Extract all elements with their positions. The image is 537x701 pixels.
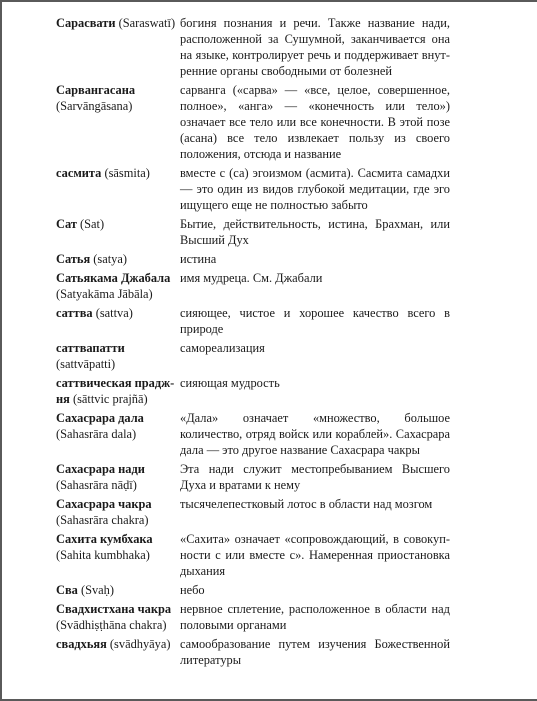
glossary-term: саттва (sattva): [56, 305, 180, 337]
term-transliteration: (svādhyāya): [110, 637, 171, 651]
glossary-term: саттвическая прадж­ня (sāttvic prajñā): [56, 375, 180, 407]
term-russian: саттвапатти: [56, 341, 125, 355]
term-transliteration: (Sahasrāra nāḍī): [56, 478, 137, 492]
glossary-entry: Сат (Sat) Бытие, действительность, истин…: [56, 216, 452, 248]
glossary-definition: самореализация: [180, 340, 450, 372]
glossary-term: сасмита (sāsmita): [56, 165, 180, 213]
glossary-definition: тысячелепестковый лотос в области над мо…: [180, 496, 450, 528]
glossary-entry: Сахасрара чакра (Sahasrāra chakra) тысяч…: [56, 496, 452, 528]
term-russian: Сахасрара чакра: [56, 497, 152, 511]
glossary-definition: Бытие, действительность, истина, Брахман…: [180, 216, 450, 248]
term-russian: Сатья: [56, 252, 90, 266]
term-transliteration: (Sat): [80, 217, 104, 231]
term-russian: Сарасвати: [56, 16, 116, 30]
term-russian: Свадхистхана чакра: [56, 602, 171, 616]
glossary-entry: Сахита кумбхака (Sahita kumbhaka) «Сахит…: [56, 531, 452, 579]
term-transliteration: (sattva): [96, 306, 133, 320]
glossary-definition: богиня познания и речи. Также название н…: [180, 15, 450, 79]
term-transliteration: (sattvāpatti): [56, 357, 115, 371]
glossary-entry: сасмита (sāsmita) вместе с (са) эгоизмом…: [56, 165, 452, 213]
glossary-term: Сарасвати (Saraswatī): [56, 15, 180, 79]
glossary-definition: Эта нади служит местопребыванием Высшего…: [180, 461, 450, 493]
glossary-term: Сахасрара дала (Sahasrāra dala): [56, 410, 180, 458]
glossary-definition: самообразование путем изучения Божествен…: [180, 636, 450, 668]
glossary-term: свадхьяя (svādhyāya): [56, 636, 180, 668]
glossary-definition: небо: [180, 582, 450, 598]
glossary-term: Сва (Svaḥ): [56, 582, 180, 598]
term-transliteration: (satya): [93, 252, 127, 266]
term-transliteration: (Sarvāngāsana): [56, 99, 132, 113]
term-transliteration: (sāttvic prajñā): [73, 392, 148, 406]
document-page: Сарасвати (Saraswatī) богиня познания и …: [0, 0, 537, 701]
term-russian: саттва: [56, 306, 93, 320]
glossary-definition: «Сахита» означает «сопровождающий, в сов…: [180, 531, 450, 579]
glossary-definition: «Дала» означает «множество, большое коли…: [180, 410, 450, 458]
term-transliteration: (Saraswatī): [119, 16, 175, 30]
glossary-term: саттвапатти (sattvāpatti): [56, 340, 180, 372]
term-russian: свадхьяя: [56, 637, 107, 651]
glossary-term: Сатья (satya): [56, 251, 180, 267]
glossary-entry: саттвапатти (sattvāpatti) самореализация: [56, 340, 452, 372]
glossary-definition: сияющее, чистое и хорошее качество всего…: [180, 305, 450, 337]
glossary-table: Сарасвати (Saraswatī) богиня познания и …: [56, 15, 452, 671]
term-russian: Сахасрара дала: [56, 411, 144, 425]
glossary-definition: сияющая мудрость: [180, 375, 450, 407]
glossary-definition: нервное сплетение, расположенное в облас…: [180, 601, 450, 633]
glossary-entry: Сахасрара дала (Sahasrāra dala) «Дала» о…: [56, 410, 452, 458]
term-transliteration: (sāsmita): [104, 166, 149, 180]
glossary-entry: Сахасрара нади (Sahasrāra nāḍī) Эта нади…: [56, 461, 452, 493]
glossary-entry: саттвическая прадж­ня (sāttvic prajñā) с…: [56, 375, 452, 407]
glossary-entry: свадхьяя (svādhyāya) самообразование пут…: [56, 636, 452, 668]
term-transliteration: (Sahasrāra dala): [56, 427, 136, 441]
term-transliteration: (Sahasrāra chakra): [56, 513, 149, 527]
term-transliteration: (Svaḥ): [81, 583, 114, 597]
term-russian: Сатьякама Джабала: [56, 271, 170, 285]
term-russian: сасмита: [56, 166, 101, 180]
term-russian: Сва: [56, 583, 78, 597]
glossary-term: Сахита кумбхака (Sahita kumbhaka): [56, 531, 180, 579]
glossary-entry: Сва (Svaḥ) небо: [56, 582, 452, 598]
glossary-entry: саттва (sattva) сияющее, чистое и хороше…: [56, 305, 452, 337]
glossary-definition: имя мудреца. См. Джабали: [180, 270, 450, 302]
glossary-entry: Сатьякама Джабала (Satyakāma Jābāla) имя…: [56, 270, 452, 302]
term-russian: Сахасрара нади: [56, 462, 145, 476]
glossary-entry: Сатья (satya) истина: [56, 251, 452, 267]
glossary-definition: истина: [180, 251, 450, 267]
glossary-term: Свадхистхана чакра (Svādhiṣṭhāna chakra): [56, 601, 180, 633]
glossary-entry: Сарасвати (Saraswatī) богиня познания и …: [56, 15, 452, 79]
glossary-entry: Свадхистхана чакра (Svādhiṣṭhāna chakra)…: [56, 601, 452, 633]
glossary-term: Сарвангасана (Sarvāngāsana): [56, 82, 180, 162]
glossary-entry: Сарвангасана (Sarvāngāsana) сарванга («с…: [56, 82, 452, 162]
term-transliteration: (Svādhiṣṭhāna chakra): [56, 618, 166, 632]
glossary-definition: сарванга («сарва» — «все, целое, соверше…: [180, 82, 450, 162]
term-transliteration: (Sahita kumbhaka): [56, 548, 150, 562]
term-transliteration: (Satyakāma Jābāla): [56, 287, 153, 301]
glossary-definition: вместе с (са) эгоизмом (асмита). Сасмита…: [180, 165, 450, 213]
glossary-term: Сат (Sat): [56, 216, 180, 248]
glossary-term: Сахасрара чакра (Sahasrāra chakra): [56, 496, 180, 528]
glossary-term: Сахасрара нади (Sahasrāra nāḍī): [56, 461, 180, 493]
glossary-term: Сатьякама Джабала (Satyakāma Jābāla): [56, 270, 180, 302]
term-russian: Сарвангасана: [56, 83, 135, 97]
term-russian: Сат: [56, 217, 77, 231]
term-russian: Сахита кумбхака: [56, 532, 153, 546]
